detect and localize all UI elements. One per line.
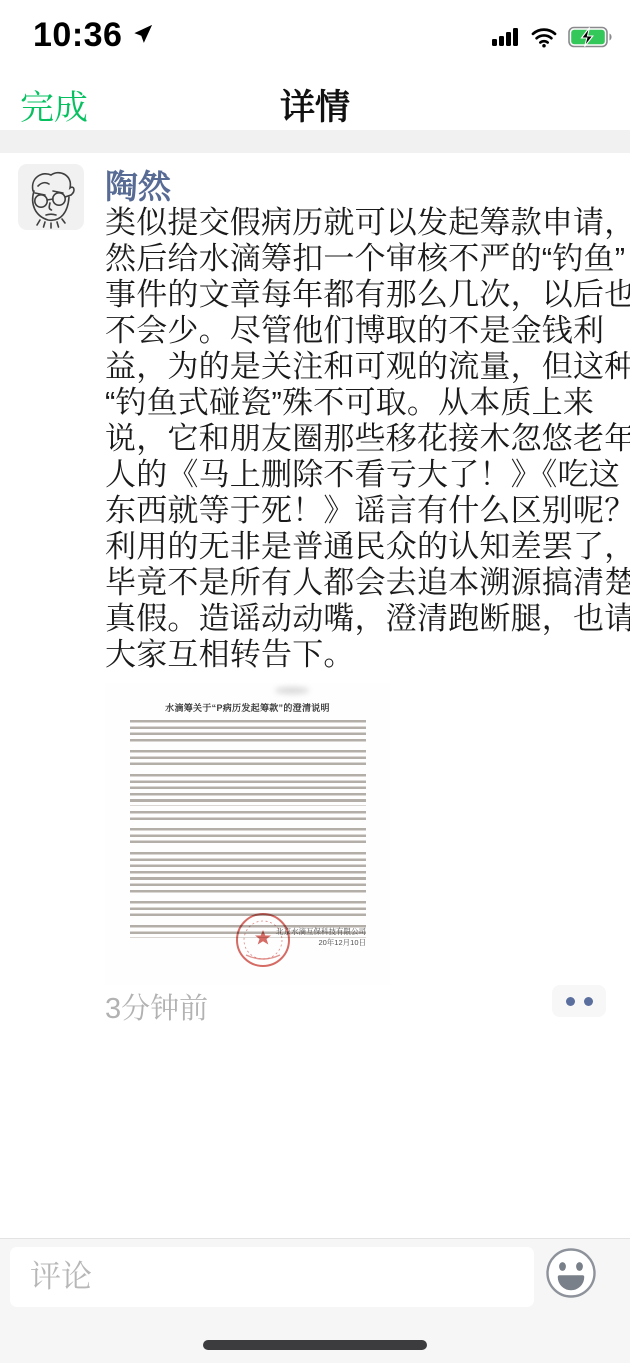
attached-document-image[interactable]: 水滴筹关于“P病历发起筹款”的澄清说明 北京水滴互保科技有限公司 20年12月1… [105,683,390,985]
home-indicator[interactable] [203,1340,427,1350]
wechat-moments-detail-screen: 10:36 [0,0,630,1363]
document-paragraph-lines [130,774,366,806]
post-text-line: 人的《马上删除不看亏大了！》《吃这 [105,457,615,493]
wifi-icon [530,27,558,53]
post-text-line: 类似提交假病历就可以发起筹款申请， [105,205,615,241]
document-paragraph-lines [130,828,366,847]
comment-more-icon [584,997,593,1006]
post-text-line: 说，它和朋友圈那些移花接木忽悠老年 [105,421,615,457]
post-text-line: 真假。造谣动动嘴，澄清跑断腿，也请 [105,601,615,637]
post-timestamp: 3分钟前 [105,986,208,1027]
post-text-line: 东西就等于死！》谣言有什么区别呢？ [105,493,615,529]
emoji-smiley-icon [545,1247,597,1299]
document-paragraph-lines [130,750,366,769]
page-title: 详情 [0,80,630,130]
post-text-line: 不会少。尽管他们博取的不是金钱利 [105,313,615,349]
username[interactable]: 陶然 [105,161,171,208]
status-time: 10:36 [33,16,154,55]
post-text-line: 然后给水滴筹扣一个审核不严的“钓鱼” [105,241,615,277]
avatar[interactable] [18,164,84,230]
scroll-area[interactable]: 陶然 类似提交假病历就可以发起筹款申请，然后给水滴筹扣一个审核不严的“钓鱼”事件… [0,153,630,1238]
post-text-line: 事件的文章每年都有那么几次，以后也 [105,277,615,313]
post-text-line: 大家互相转告下。 [105,637,615,673]
post-text-line: “钓鱼式碰瓷”殊不可取。从本质上来 [105,385,615,421]
clock-text: 10:36 [33,16,122,55]
document-paragraphs [130,720,366,938]
status-icons [492,26,614,53]
emoji-button[interactable] [545,1247,597,1299]
document-paragraph-lines [130,852,366,896]
comment-more-icon [566,997,575,1006]
document-paragraph-lines [130,811,366,824]
post-text: 类似提交假病历就可以发起筹款申请，然后给水滴筹扣一个审核不严的“钓鱼”事件的文章… [105,205,615,673]
cellular-signal-icon [492,27,520,52]
document-title: 水滴筹关于“P病历发起筹款”的澄清说明 [105,701,390,714]
battery-charging-icon [568,26,614,53]
document-smudge [275,687,309,694]
comment-input[interactable] [10,1247,534,1307]
post-text-line: 毕竟不是所有人都会去追本溯源搞清楚 [105,565,615,601]
document-paragraph-lines [130,720,366,745]
post-text-line: 利用的无非是普通民众的认知差罢了， [105,529,615,565]
red-seal-icon [234,911,292,969]
status-bar: 10:36 [0,0,630,60]
nav-bar: 完成 详情 [0,60,630,130]
post-text-line: 益，为的是关注和可观的流量，但这种 [105,349,615,385]
location-arrow-icon [131,16,154,55]
comment-more-button[interactable] [552,985,606,1017]
nav-divider [0,130,630,153]
sketch-face-icon [18,164,84,230]
